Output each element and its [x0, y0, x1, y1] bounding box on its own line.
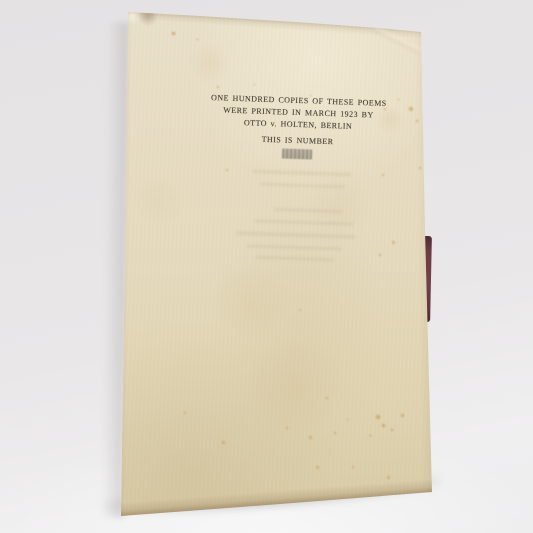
foxing-spot [298, 308, 302, 312]
foxing-spot [346, 418, 349, 421]
show-through-text [246, 244, 342, 250]
foxing-spot [285, 426, 289, 430]
foxing-spot [375, 414, 381, 420]
foxing-spot [378, 253, 382, 257]
foxing-spot [408, 106, 414, 112]
limitation-statement: ONE HUNDRED COPIES OF THESE POEMS WERE P… [202, 93, 394, 162]
foxing-spot [308, 435, 313, 440]
foxing-spot [216, 85, 220, 89]
foxing-spot [253, 83, 256, 86]
foxing-spot [390, 428, 394, 432]
show-through-text [260, 183, 345, 189]
show-through-text [256, 256, 334, 262]
foxing-spot [171, 31, 176, 36]
foxing-spot [196, 38, 199, 41]
show-through-text [252, 169, 352, 176]
foxing-spot [225, 168, 229, 172]
foxing-spot [315, 465, 320, 470]
paper-toning-blotch [135, 175, 185, 225]
paper-toning-blotch [190, 43, 230, 83]
foxing-spot [183, 411, 187, 415]
foxing-spot [381, 423, 386, 428]
pamphlet-page: ONE HUNDRED COPIES OF THESE POEMS WERE P… [0, 0, 533, 533]
foxing-spot [391, 240, 396, 245]
foxing-spot [333, 431, 337, 435]
foxing-spot [369, 434, 372, 437]
foxing-spot [397, 98, 400, 101]
show-through-text [236, 231, 356, 239]
foxing-spot [400, 413, 405, 418]
foxing-spot [381, 173, 385, 177]
show-through-text [254, 219, 354, 225]
foxing-spot [325, 396, 329, 400]
foxing-spot [351, 465, 355, 469]
colophon-line-4: THIS IS NUMBER [202, 133, 392, 149]
limitation-number-redacted [282, 148, 312, 159]
show-through-text [274, 208, 342, 213]
photo-scene: ONE HUNDRED COPIES OF THESE POEMS WERE P… [0, 0, 533, 533]
paper-toning-blotch [213, 263, 288, 338]
paper-toning-blotch [308, 173, 372, 237]
paper-toning-blotch [248, 338, 343, 433]
corner-wear [126, 8, 166, 26]
foxing-spot [221, 440, 226, 445]
